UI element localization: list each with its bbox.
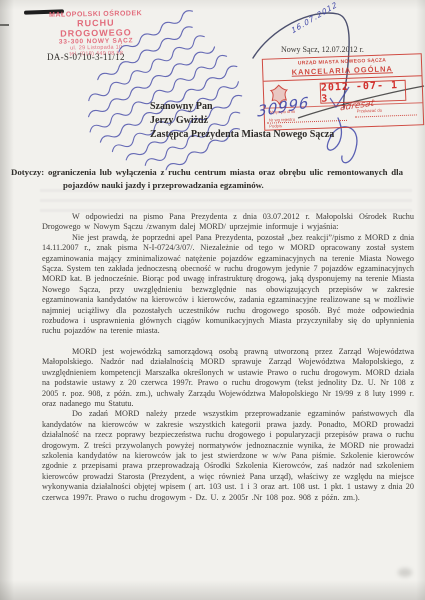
addressee-name: Jerzy Gwiżdż bbox=[150, 114, 390, 128]
subject-line: Dotyczy: ograniczenia lub wyłączenia z r… bbox=[11, 166, 403, 191]
handwritten-date: 16.07.2012 bbox=[290, 0, 339, 35]
sender-stamp: MAŁOPOLSKI OŚRODEK RUCHU DROGOWEGO 33-30… bbox=[40, 10, 153, 58]
page-bleedthrough bbox=[40, 189, 412, 213]
sender-stamp-line: RUCHU DROGOWEGO bbox=[40, 17, 152, 39]
subject-label: Dotyczy: bbox=[11, 167, 44, 177]
scan-edge-mark bbox=[0, 24, 9, 26]
body-paragraph: Do zadań MORD należy przede wszystkim pr… bbox=[42, 409, 414, 503]
body-paragraph: W odpowiedzi na pismo Pana Prezydenta z … bbox=[42, 212, 414, 233]
body-paragraph: MORD jest wojewódzką samorządową osobą p… bbox=[42, 347, 414, 409]
addressee-title: Zastępca Prezydenta Miasta Nowego Sącza bbox=[150, 128, 390, 142]
date-line: Nowy Sącz, 12.07.2012 r. bbox=[281, 45, 364, 54]
letter-body: W odpowiedzi na pismo Pana Prezydenta z … bbox=[42, 212, 414, 503]
scan-smudge bbox=[398, 568, 412, 577]
body-paragraph: Nie jest prawdą, że poprzedni apel Pana … bbox=[42, 233, 414, 337]
reference-number: DA-S-0710-3-11/12 bbox=[47, 52, 125, 62]
addressee-salutation: Szanowny Pan bbox=[150, 100, 390, 114]
scanned-letter-page: MAŁOPOLSKI OŚRODEK RUCHU DROGOWEGO 33-30… bbox=[0, 0, 425, 600]
addressee-block: Szanowny Pan Jerzy Gwiżdż Zastępca Prezy… bbox=[150, 100, 390, 142]
subject-text: ograniczenia lub wyłączenia z ruchu cent… bbox=[48, 167, 403, 190]
